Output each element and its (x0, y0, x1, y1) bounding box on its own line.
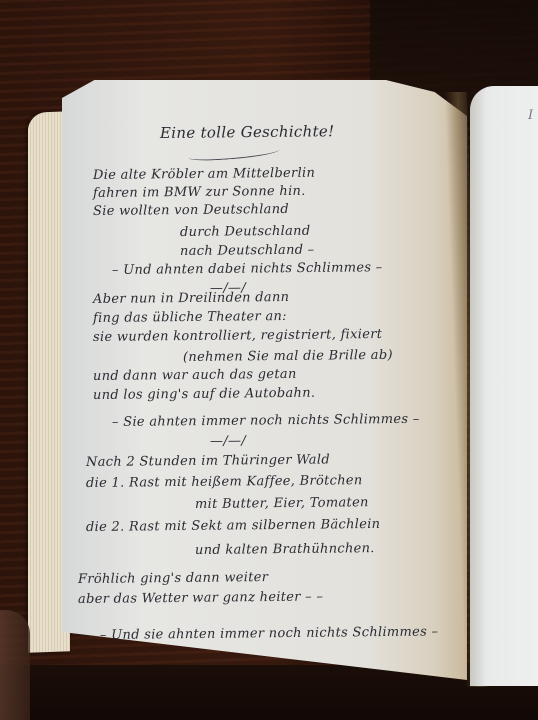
poem-title: Eine tolle Geschichte! (160, 122, 335, 142)
notebook-right-page (470, 86, 538, 686)
poem-line: sie wurden kontrolliert, registriert, fi… (93, 327, 382, 345)
thumb (0, 610, 30, 720)
poem-line: und los ging's auf die Autobahn. (93, 386, 315, 403)
poem-line: Fröhlich ging's dann weiter (78, 570, 268, 587)
poem-line: nach Deutschland – (180, 243, 315, 259)
poem-line: Sie wollten von Deutschland (93, 202, 289, 219)
poem-line: – – – (212, 652, 241, 667)
poem-line: Nach 2 Stunden im Thüringer Wald (86, 452, 330, 470)
poem-line: mit Butter, Eier, Tomaten (195, 495, 369, 512)
poem-line: die 2. Rast mit Sekt am silbernen Bächle… (86, 517, 380, 535)
poem-line: und kalten Brathühnchen. (195, 541, 375, 558)
poem-line: fahren im BMW zur Sonne hin. (93, 184, 306, 201)
poem-line: (nehmen Sie mal die Brille ab) (183, 348, 393, 365)
poem-line: Die alte Kröbler am Mittelberlin (93, 166, 315, 183)
poem-line: —/—/ (210, 434, 246, 449)
poem-line: die 1. Rast mit heißem Kaffee, Brötchen (86, 473, 363, 491)
facing-page-mark: I (528, 108, 533, 123)
poem-line: durch Deutschland (180, 224, 311, 240)
poem-line: und dann war auch das getan (93, 367, 297, 384)
poem-line: aber das Wetter war ganz heiter – – (78, 589, 323, 607)
poem-line: Aber nun in Dreilinden dann (93, 290, 289, 307)
poem-line: fing das übliche Theater an: (93, 309, 287, 326)
poem-line: – Und ahnten dabei nichts Schlimmes – (112, 260, 383, 278)
